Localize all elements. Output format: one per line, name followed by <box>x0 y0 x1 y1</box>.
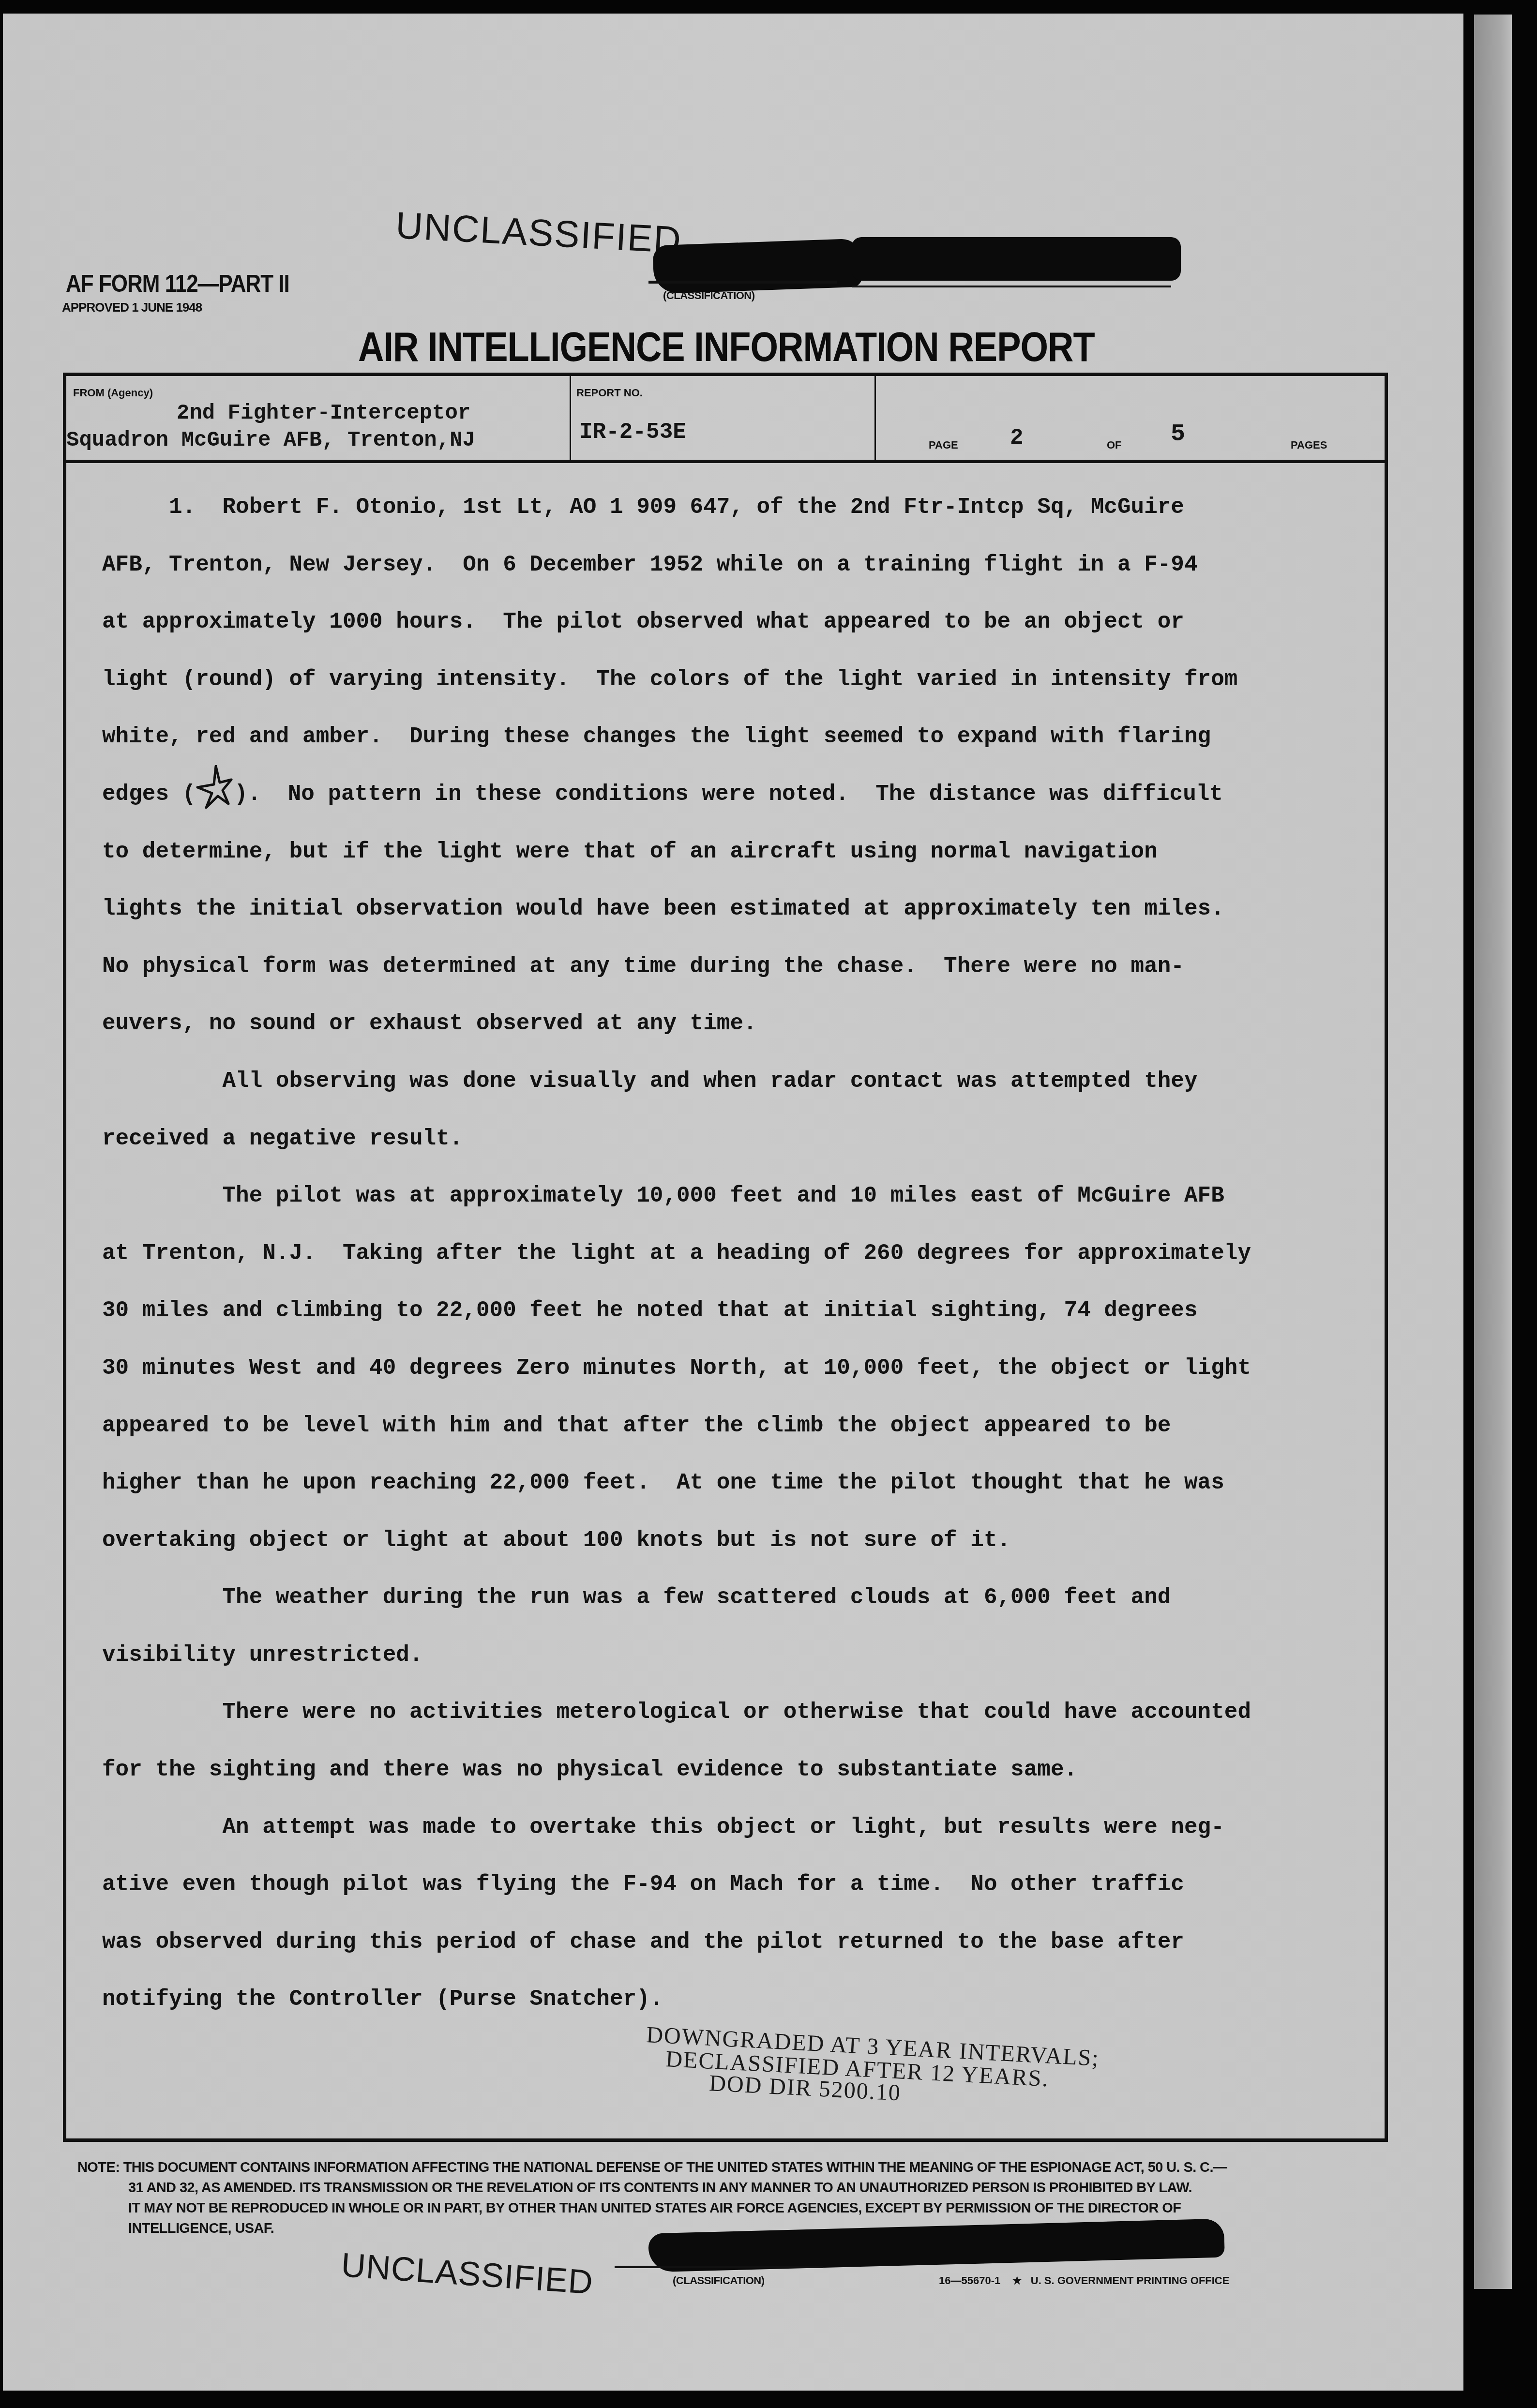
note-line: IT MAY NOT BE REPRODUCED IN WHOLE OR IN … <box>77 2198 1403 2218</box>
note-line: NOTE: THIS DOCUMENT CONTAINS INFORMATION… <box>77 2160 1227 2175</box>
of-label: OF <box>1107 439 1122 451</box>
body-line: lights the initial observation would hav… <box>102 880 1341 938</box>
body-line: at approximately 1000 hours. The pilot o… <box>102 593 1341 651</box>
body-line: appeared to be level with him and that a… <box>102 1397 1341 1455</box>
page-label: PAGE <box>929 439 958 451</box>
body-line: 30 minutes West and 40 degrees Zero minu… <box>102 1339 1341 1397</box>
body-line: ative even though pilot was flying the F… <box>102 1856 1341 1913</box>
body-line: for the sighting and there was no physic… <box>102 1741 1341 1799</box>
body-line: No physical form was determined at any t… <box>102 938 1341 995</box>
page-cell: PAGE 2 OF 5 PAGES <box>874 376 1385 460</box>
printer-name: U. S. GOVERNMENT PRINTING OFFICE <box>1031 2274 1230 2287</box>
classification-line <box>852 286 1171 287</box>
classification-line <box>648 281 837 284</box>
classification-label: (CLASSIFICATION) <box>663 289 755 302</box>
pages-label: PAGES <box>1291 439 1327 451</box>
report-title: AIR INTELLIGENCE INFORMATION REPORT <box>358 323 1095 371</box>
body-line: AFB, Trenton, New Jersey. On 6 December … <box>102 536 1341 594</box>
body-line: to determine, but if the light were that… <box>102 823 1341 881</box>
form-id: AF FORM 112—PART II <box>66 270 289 298</box>
report-frame: FROM (Agency) 2nd Fighter-Interceptor Sq… <box>63 373 1388 2142</box>
body-line: notifying the Controller (Purse Snatcher… <box>102 1971 1341 2028</box>
printer-imprint: 16—55670-1 ★ U. S. GOVERNMENT PRINTING O… <box>939 2274 1229 2287</box>
body-line: received a negative result. <box>102 1110 1341 1168</box>
body-line-prefix: edges ( <box>102 782 196 807</box>
classification-line <box>615 2266 823 2268</box>
body-line: An attempt was made to overtake this obj… <box>102 1799 1341 1856</box>
report-no-cell: REPORT NO. IR-2-53E <box>570 376 876 460</box>
body-line: white, red and amber. During these chang… <box>102 708 1341 766</box>
page-total: 5 <box>1171 421 1185 448</box>
star-sketch-icon <box>196 765 234 809</box>
body-line: There were no activities meterological o… <box>102 1684 1341 1741</box>
body-line: 1. Robert F. Otonio, 1st Lt, AO 1 909 64… <box>102 479 1341 536</box>
from-agency-line1: 2nd Fighter-Interceptor <box>177 401 470 425</box>
star-icon: ★ <box>1012 2274 1022 2287</box>
body-line-with-star: edges (). No pattern in these conditions… <box>102 766 1341 823</box>
report-header: FROM (Agency) 2nd Fighter-Interceptor Sq… <box>66 376 1385 463</box>
form-approved-date: APPROVED 1 JUNE 1948 <box>62 300 202 315</box>
report-body: 1. Robert F. Otonio, 1st Lt, AO 1 909 64… <box>102 479 1341 2028</box>
from-cell: FROM (Agency) 2nd Fighter-Interceptor Sq… <box>66 376 571 460</box>
scan-edge <box>1474 15 1512 2289</box>
classification-label: (CLASSIFICATION) <box>673 2274 765 2287</box>
page-number: 2 <box>1010 425 1024 451</box>
body-line: The weather during the run was a few sca… <box>102 1569 1341 1626</box>
redaction-block <box>852 237 1181 281</box>
report-no-label: REPORT NO. <box>576 387 643 399</box>
body-line: The pilot was at approximately 10,000 fe… <box>102 1167 1341 1225</box>
body-line-suffix: ). No pattern in these conditions were n… <box>234 782 1223 807</box>
body-line: All observing was done visually and when… <box>102 1053 1341 1110</box>
from-label: FROM (Agency) <box>73 387 153 399</box>
body-line: at Trenton, N.J. Taking after the light … <box>102 1225 1341 1282</box>
report-number: IR-2-53E <box>579 420 686 445</box>
body-line: visibility unrestricted. <box>102 1626 1341 1684</box>
body-line: euvers, no sound or exhaust observed at … <box>102 995 1341 1053</box>
printer-code: 16—55670-1 <box>939 2274 1000 2287</box>
body-line: 30 miles and climbing to 22,000 feet he … <box>102 1282 1341 1339</box>
body-line: light (round) of varying intensity. The … <box>102 651 1341 708</box>
body-line: higher than he upon reaching 22,000 feet… <box>102 1454 1341 1512</box>
redaction-block <box>652 239 862 294</box>
note-line: 31 AND 32, AS AMENDED. ITS TRANSMISSION … <box>77 2178 1403 2198</box>
body-line: overtaking object or light at about 100 … <box>102 1512 1341 1569</box>
body-line: was observed during this period of chase… <box>102 1913 1341 1971</box>
from-agency-line2: Squadron McGuire AFB, Trenton,NJ <box>66 428 475 452</box>
